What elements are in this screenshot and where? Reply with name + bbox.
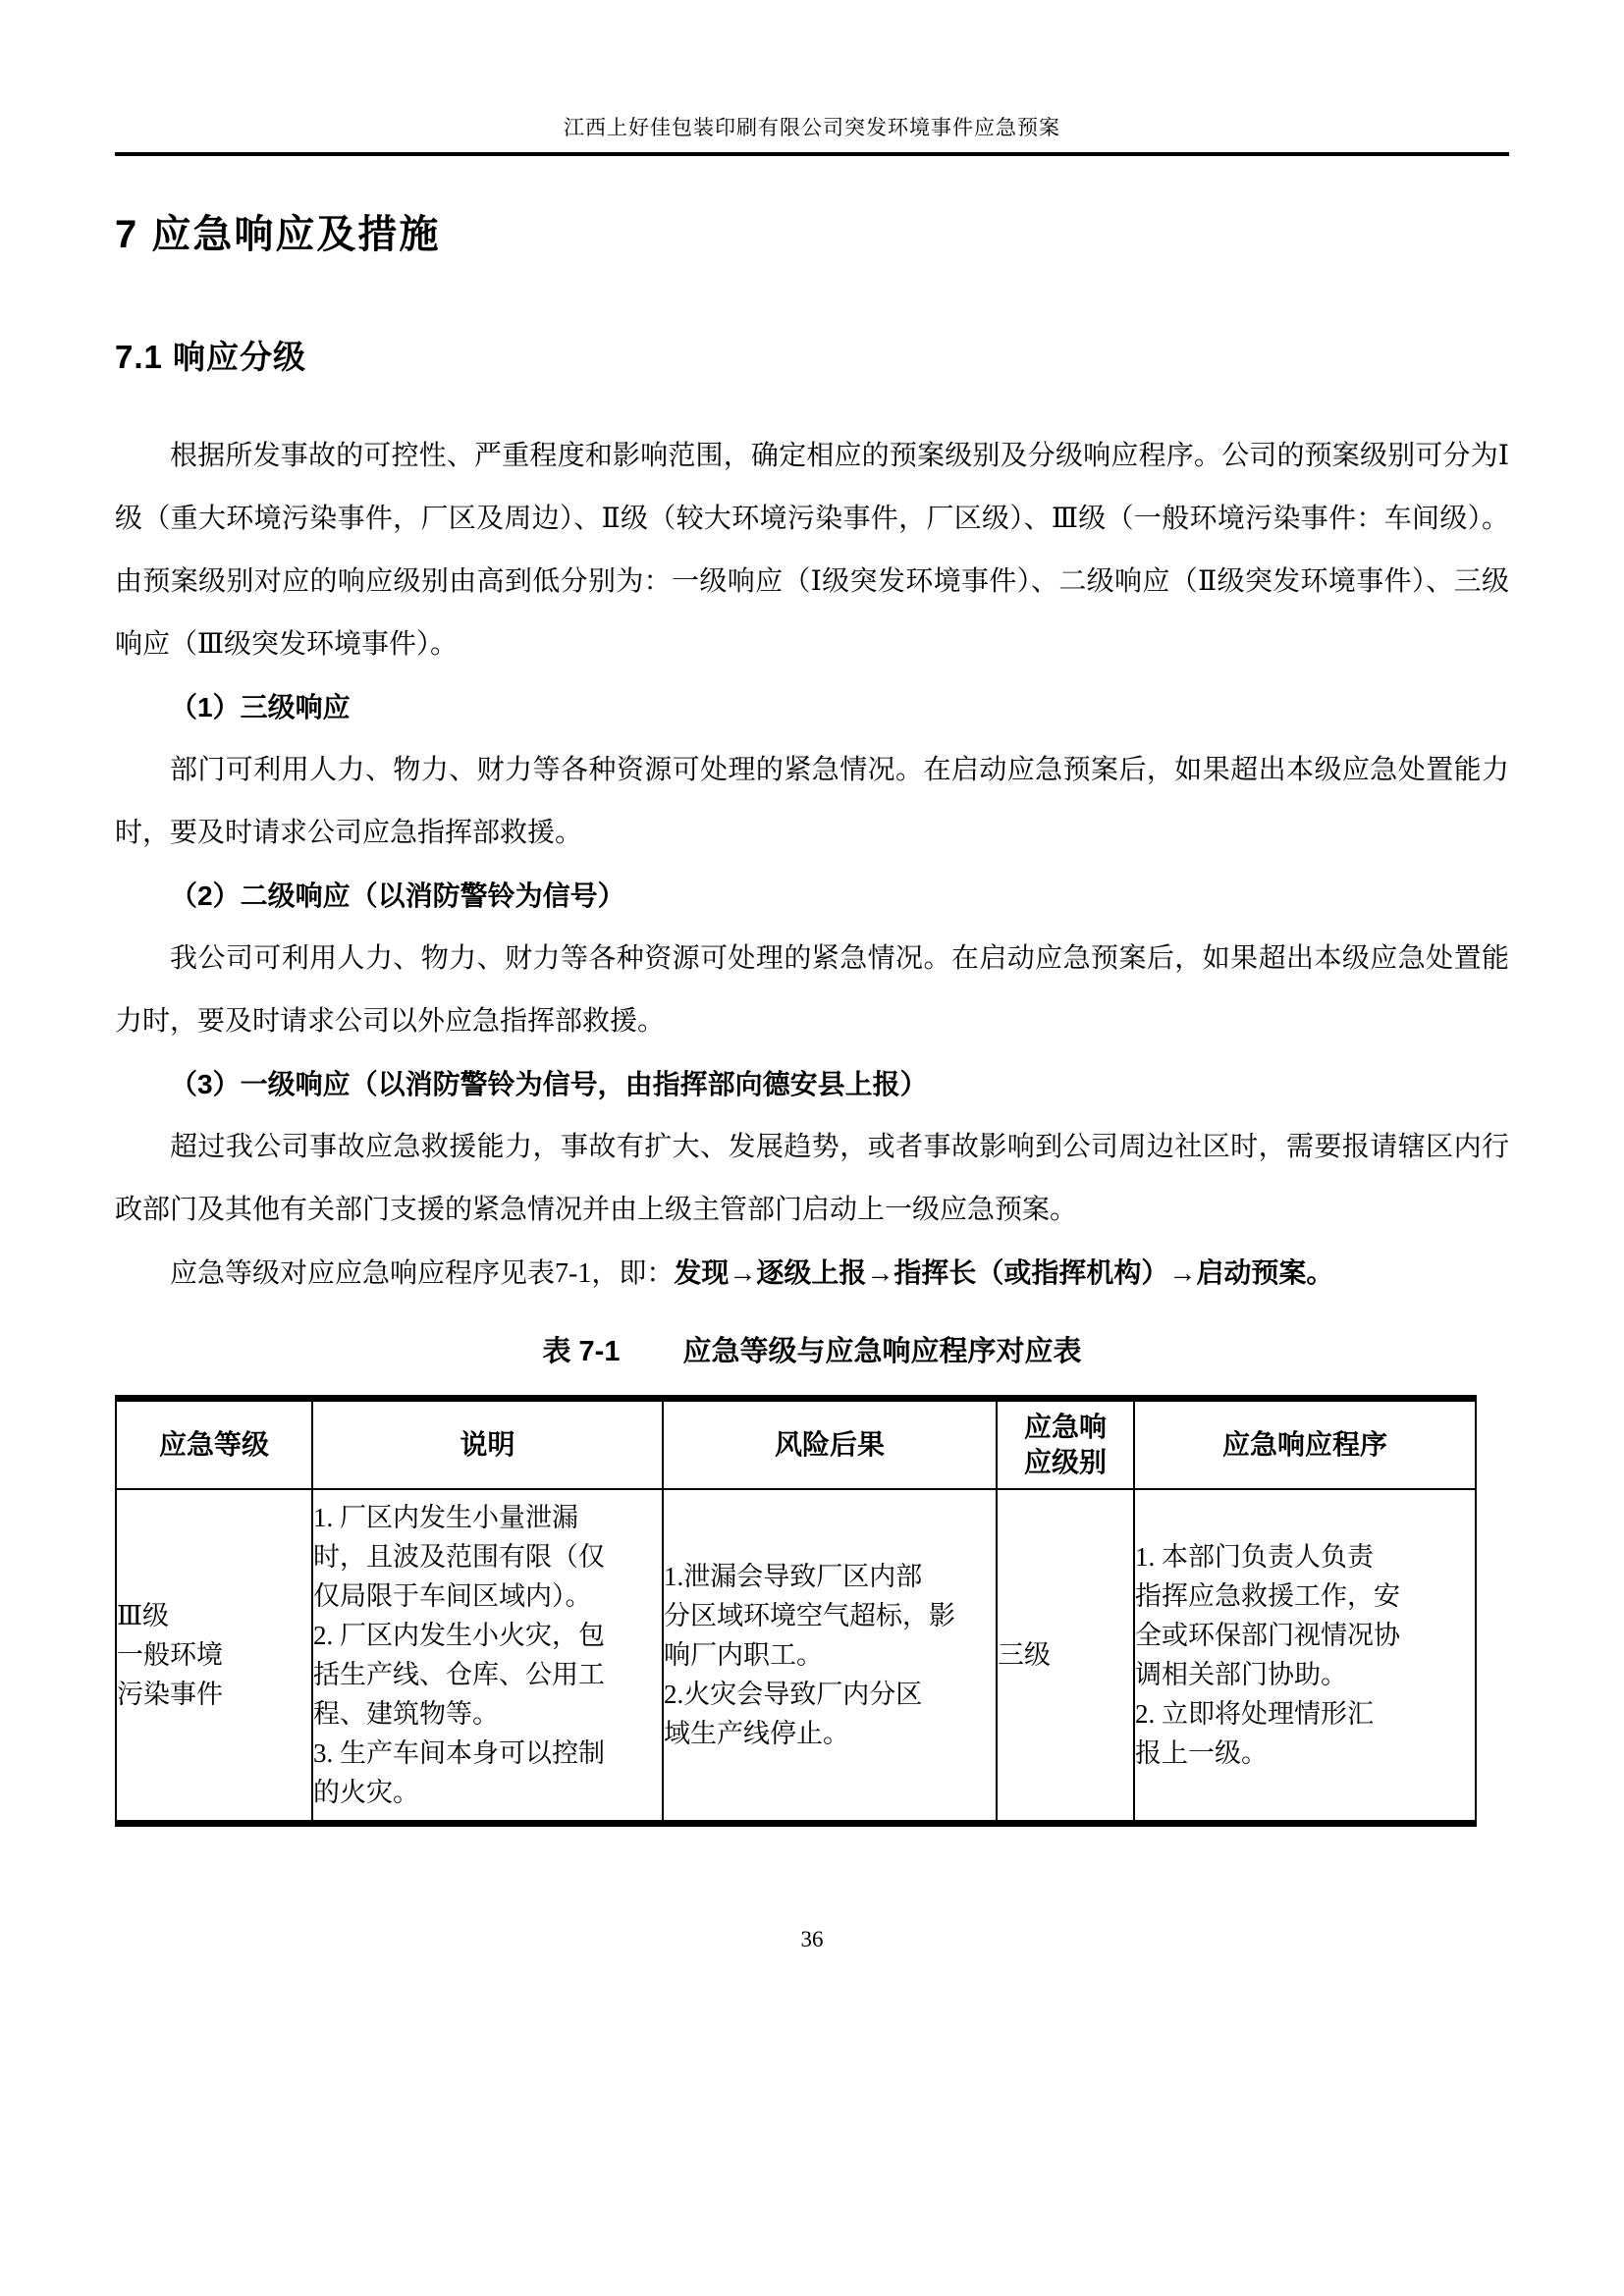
- paragraph-level1-response: 超过我公司事故应急救援能力，事故有扩大、发展趋势，或者事故影响到公司周边社区时，…: [115, 1116, 1509, 1242]
- table-header-procedure: 应急响应程序: [1134, 1399, 1476, 1490]
- header-rule: [115, 152, 1509, 156]
- table-header-level: 应急等级: [116, 1399, 312, 1490]
- table-header-row: 应急等级 说明 风险后果 应急响 应级别 应急响应程序: [116, 1399, 1476, 1490]
- table-cell-risk: 1.泄漏会导致厂区内部 分区域环境空气超标，影 响厂内职工。 2.火灾会导致厂内…: [663, 1489, 997, 1824]
- table-row: Ⅲ级 一般环境 污染事件 1. 厂区内发生小量泄漏 时，且波及范围有限（仅 仅局…: [116, 1489, 1476, 1824]
- sub-heading-level3-response: （1）三级响应: [115, 676, 1509, 739]
- subsection-heading: 7.1 响应分级: [115, 332, 1509, 378]
- table-title-label: 表 7-1: [543, 1336, 621, 1367]
- page-number: 36: [115, 1927, 1509, 1952]
- section-heading: 7 应急响应及措施: [115, 203, 1509, 259]
- table-cell-response-level: 三级: [997, 1489, 1134, 1824]
- document-page: 江西上好佳包装印刷有限公司突发环境事件应急预案 7 应急响应及措施 7.1 响应…: [0, 0, 1624, 2296]
- body-text-block: 根据所发事故的可控性、严重程度和影响范围，确定相应的预案级别及分级响应程序。公司…: [115, 425, 1509, 1306]
- table-header-response-level: 应急响 应级别: [997, 1399, 1134, 1490]
- paragraph-level2-response: 我公司可利用人力、物力、财力等各种资源可处理的紧急情况。在启动应急预案后，如果超…: [115, 928, 1509, 1053]
- procedure-intro-text: 应急等级对应应急响应程序见表7-1，即：: [170, 1258, 674, 1289]
- procedure-flow-bold-text: 发现→逐级上报→指挥长（或指挥机构）→启动预案。: [674, 1257, 1333, 1288]
- table-header-description: 说明: [312, 1399, 663, 1490]
- page-header-title: 江西上好佳包装印刷有限公司突发环境事件应急预案: [115, 0, 1509, 141]
- table-cell-level: Ⅲ级 一般环境 污染事件: [116, 1489, 312, 1824]
- sub-heading-level2-response: （2）二级响应（以消防警铃为信号）: [115, 865, 1509, 928]
- sub-heading-level1-response: （3）一级响应（以消防警铃为信号，由指挥部向德安县上报）: [115, 1053, 1509, 1116]
- paragraph-response-procedure: 应急等级对应应急响应程序见表7-1，即：发现→逐级上报→指挥长（或指挥机构）→启…: [115, 1242, 1509, 1306]
- table-title: 表 7-1应急等级与应急响应程序对应表: [115, 1329, 1509, 1369]
- table-header-risk: 风险后果: [663, 1399, 997, 1490]
- table-title-text: 应急等级与应急响应程序对应表: [682, 1336, 1081, 1367]
- table-cell-procedure: 1. 本部门负责人负责 指挥应急救援工作，安 全或环保部门视情况协 调相关部门协…: [1134, 1489, 1476, 1824]
- table-cell-description: 1. 厂区内发生小量泄漏 时，且波及范围有限（仅 仅局限于车间区域内）。 2. …: [312, 1489, 663, 1824]
- paragraph-response-grading: 根据所发事故的可控性、严重程度和影响范围，确定相应的预案级别及分级响应程序。公司…: [115, 425, 1509, 676]
- paragraph-level3-response: 部门可利用人力、物力、财力等各种资源可处理的紧急情况。在启动应急预案后，如果超出…: [115, 739, 1509, 865]
- emergency-response-table: 应急等级 说明 风险后果 应急响 应级别 应急响应程序 Ⅲ级 一般环境 污染事件…: [115, 1395, 1477, 1827]
